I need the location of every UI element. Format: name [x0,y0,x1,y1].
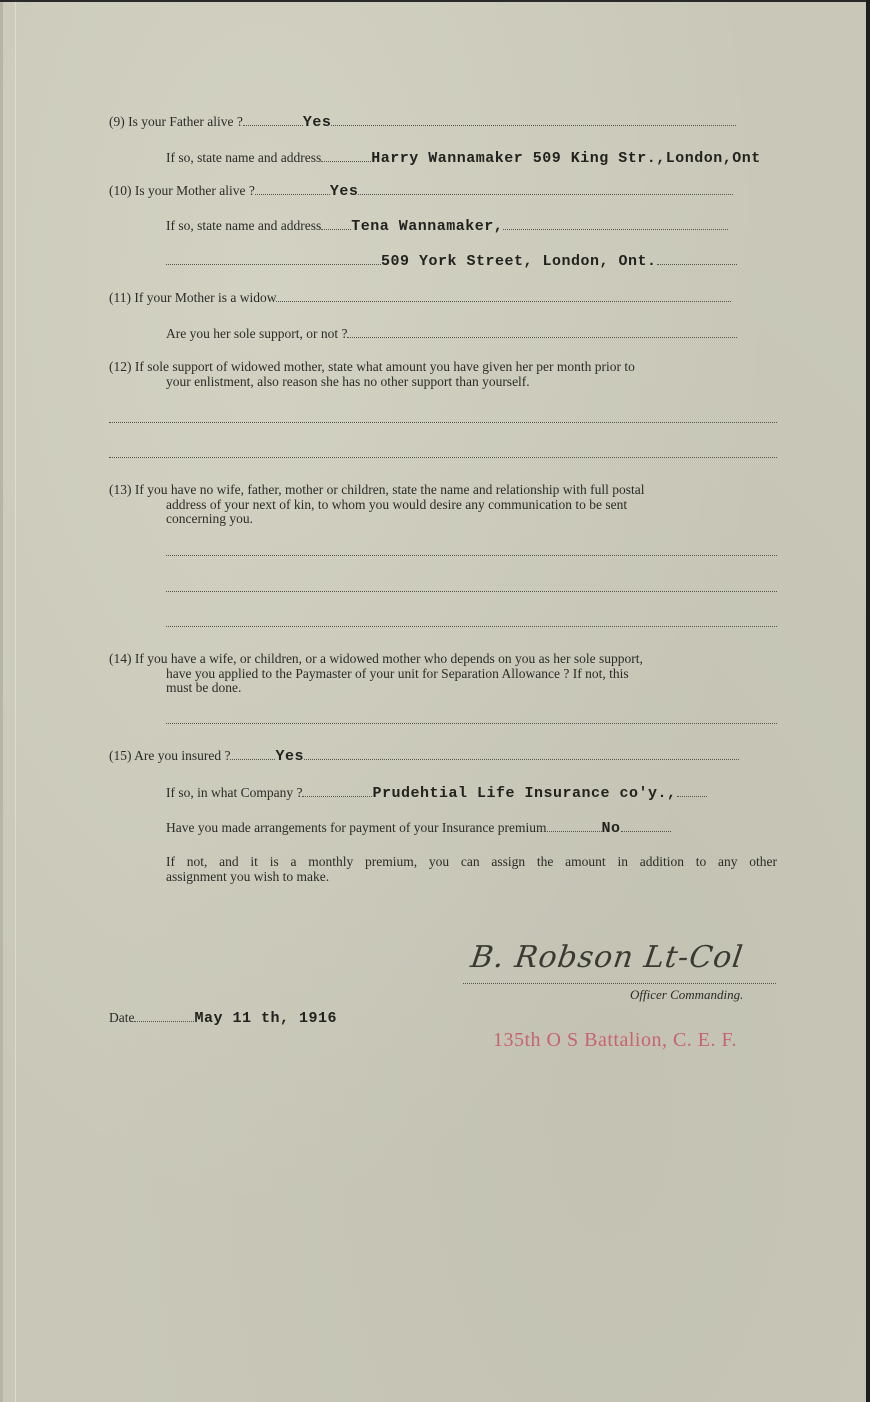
q9-row: (9) Is your Father alive ?Yes [109,114,736,131]
q14-number: (14) [109,651,132,666]
q13-answer-line-1 [166,555,777,556]
q15-note: If not, and it is a monthly premium, you… [166,855,777,884]
paper-fold [15,2,16,1402]
q10-sub-answer-line1: Tena Wannamaker, [351,218,503,235]
q12-answer-line-2 [109,457,777,458]
q15-row: (15) Are you insured ?Yes [109,748,739,765]
battalion-stamp: 135th O S Battalion, C. E. F. [493,1029,737,1052]
q15-company-row: If so, in what Company ?Prudehtial Life … [166,785,707,802]
q9-sub-answer: Harry Wannamaker 509 King Str.,London,On… [371,150,761,167]
q12-line1: If sole support of widowed mother, state… [135,359,635,374]
q10-answer: Yes [330,183,359,200]
date-row: DateMay 11 th, 1916 [109,1010,337,1027]
q15-premium-label: Have you made arrangements for payment o… [166,820,547,835]
q13-line2: address of your next of kin, to whom you… [109,498,777,513]
q9-answer: Yes [303,114,332,131]
officer-title: Officer Commanding. [630,987,743,1003]
q13-answer-line-2 [166,591,777,592]
q15-company-answer: Prudehtial Life Insurance co'y., [372,785,676,802]
q13-number: (13) [109,482,132,497]
q12-text: (12) If sole support of widowed mother, … [109,360,777,389]
q15-company-label: If so, in what Company ? [166,785,302,800]
q10-sub-answer-line2: 509 York Street, London, Ont. [381,253,657,270]
document-page: (9) Is your Father alive ?Yes If so, sta… [0,2,869,1402]
q10-sub-row-2: 509 York Street, London, Ont. [166,253,737,270]
q14-answer-line [166,723,777,724]
q11-row: (11) If your Mother is a widow [109,290,731,306]
q14-line2: have you applied to the Paymaster of you… [109,667,777,682]
q11-sub-row: Are you her sole support, or not ? [166,326,737,342]
q15-premium-row: Have you made arrangements for payment o… [166,820,671,837]
q14-text: (14) If you have a wife, or children, or… [109,652,777,696]
officer-signature: B. Robson Lt-Col [469,940,746,975]
q10-label: (10) Is your Mother alive ? [109,183,255,198]
scan-edge [866,0,870,1402]
q14-line1: If you have a wife, or children, or a wi… [135,651,643,666]
q13-text: (13) If you have no wife, father, mother… [109,483,777,527]
q15-note-line2: assignment you wish to make. [166,870,777,885]
q14-line3: must be done. [109,681,777,696]
q15-premium-answer: No [602,820,621,837]
q13-answer-line-3 [166,626,777,627]
q13-line1: If you have no wife, father, mother or c… [135,482,645,497]
q12-number: (12) [109,359,132,374]
date-label: Date [109,1010,134,1025]
q15-answer: Yes [275,748,304,765]
q13-line3: concerning you. [109,512,777,527]
q9-label: (9) Is your Father alive ? [109,114,243,129]
q15-label: (15) Are you insured ? [109,748,230,763]
q9-sub-label: If so, state name and address [166,150,321,165]
q12-answer-line-1 [109,422,777,423]
q11-label: (11) If your Mother is a widow [109,290,276,305]
date-value: May 11 th, 1916 [194,1010,337,1027]
q10-sub-label: If so, state name and address [166,218,321,233]
q15-note-line1: If not, and it is a monthly premium, you… [166,855,777,870]
q10-sub-row: If so, state name and addressTena Wannam… [166,218,728,235]
q11-sub-label: Are you her sole support, or not ? [166,326,347,341]
q10-row: (10) Is your Mother alive ?Yes [109,183,733,200]
q12-line2: your enlistment, also reason she has no … [109,375,777,390]
q9-sub-row: If so, state name and addressHarry Wanna… [166,150,761,167]
signature-line [463,983,776,984]
